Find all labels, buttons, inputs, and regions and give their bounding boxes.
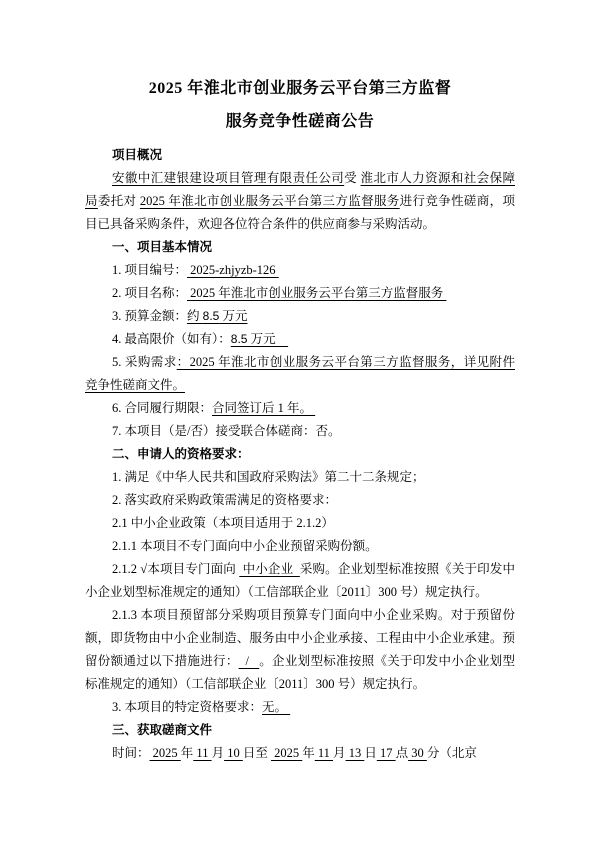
text-segment: 委托对 [98, 194, 140, 208]
underlined-text-segment: 13 [346, 746, 365, 760]
underlined-text-segment: 11 [193, 746, 211, 760]
text-segment: 2.1 中小企业政策（本项目适用于 2.1.2） [112, 516, 334, 530]
paragraph: 5. 采购需求：2025 年淮北市创业服务云平台第三方监督服务，详见附件竞争性磋… [85, 351, 515, 397]
text-segment: 4. 最高限价（如有）： [112, 332, 231, 346]
paragraph: 2.1 中小企业政策（本项目适用于 2.1.2） [85, 512, 515, 535]
underlined-text-segment: 30 [408, 746, 427, 760]
underlined-text-segment: 2025 [150, 746, 181, 760]
text-segment: 二、申请人的资格要求： [112, 447, 250, 461]
paragraph: 3. 预算金额：约 8.5 万元 [85, 305, 515, 328]
text-segment: 年 [302, 746, 315, 760]
document-page: 2025 年淮北市创业服务云平台第三方监督 服务竞争性磋商公告 项目概况安徽中汇… [0, 0, 600, 848]
underlined-text-segment: 万元 [247, 332, 288, 346]
document-title-line2: 服务竞争性磋商公告 [85, 105, 515, 138]
text-segment: 2. 项目名称： [112, 286, 187, 300]
text-segment: 月 [212, 746, 225, 760]
underlined-text-segment: / [239, 654, 260, 668]
paragraph: 6. 合同履行期限：合同签订后 1 年。 [85, 397, 515, 420]
underlined-text-segment: 17 [377, 746, 396, 760]
underlined-text-segment: 2025 年淮北市创业服务云平台第三方监督服务 [140, 194, 400, 208]
underlined-text-segment: 万元 [219, 309, 247, 323]
paragraph: 3. 本项目的特定资格要求：无。 [85, 696, 515, 719]
paragraph: 2.1.3 本项目预留部分采购项目预算专门面向中小企业采购。对于预留份额，即货物… [85, 604, 515, 696]
text-segment: 点 [396, 746, 409, 760]
paragraph: 2.1.1 本项目不专门面向中小企业预留采购份额。 [85, 535, 515, 558]
paragraph: 1. 满足《中华人民共和国政府采购法》第二十二条规定； [85, 466, 515, 489]
section-heading: 项目概况 [85, 144, 515, 167]
underlined-text-segment: 合同签订后 1 年。 [212, 401, 315, 415]
paragraph: 安徽中汇建银建设项目管理有限责任公司受 淮北市人力资源和社会保障局委托对 202… [85, 167, 515, 236]
text-segment: 5. 采购需求 [112, 355, 177, 369]
text-segment: 7. 本项目（是/否）接受联合体磋商：否。 [112, 424, 340, 438]
text-segment: 3. 预算金额： [112, 309, 187, 323]
document-body: 项目概况安徽中汇建银建设项目管理有限责任公司受 淮北市人力资源和社会保障局委托对… [85, 144, 515, 765]
underlined-text-segment: 2025-zhjyzb-126 [187, 263, 279, 277]
paragraph: 4. 最高限价（如有）：8.5 万元 [85, 328, 515, 351]
text-segment: 月 [333, 746, 346, 760]
text-segment: 一、项目基本情况 [112, 240, 212, 254]
underlined-text-segment: 约 [187, 309, 203, 323]
paragraph: 7. 本项目（是/否）接受联合体磋商：否。 [85, 420, 515, 443]
text-segment: 6. 合同履行期限： [112, 401, 212, 415]
text-segment: 分（北京 [427, 746, 477, 760]
underlined-text-segment: 2025 年淮北市创业服务云平台第三方监督服务 [187, 286, 446, 300]
text-segment: 年 [181, 746, 194, 760]
paragraph: 1. 项目编号： 2025-zhjyzb-126 [85, 259, 515, 282]
text-segment: 日 [364, 746, 377, 760]
underlined-text-segment: 中小企业 [239, 562, 300, 576]
text-segment: 受 [344, 171, 360, 185]
text-segment: 1. 满足《中华人民共和国政府采购法》第二十二条规定； [112, 470, 425, 484]
underlined-text-segment: 8.5 [231, 332, 248, 346]
paragraph: 2.1.2 √本项目专门面向 中小企业 采购。企业划型标准按照《关于印发中小企业… [85, 558, 515, 604]
underlined-text-segment: 8.5 [203, 309, 220, 323]
paragraph: 2. 项目名称： 2025 年淮北市创业服务云平台第三方监督服务 [85, 282, 515, 305]
text-segment: 时间： [112, 746, 150, 760]
text-segment: 2. 落实政府采购政策需满足的资格要求： [112, 493, 337, 507]
underlined-text-segment: 无。 [262, 700, 290, 714]
document-title: 2025 年淮北市创业服务云平台第三方监督 服务竞争性磋商公告 [85, 72, 515, 138]
document-title-line1: 2025 年淮北市创业服务云平台第三方监督 [85, 72, 515, 105]
underlined-text-segment: 10 [224, 746, 243, 760]
underlined-text-segment: 安徽中汇建银建设项目管理有限责任公司 [112, 171, 344, 185]
text-segment: 3. 本项目的特定资格要求： [112, 700, 262, 714]
underlined-text-segment: 11 [315, 746, 333, 760]
text-segment: 1. 项目编号： [112, 263, 187, 277]
text-segment: 日至 [243, 746, 271, 760]
text-segment: 三、获取磋商文件 [112, 723, 212, 737]
text-segment: 2.1.1 本项目不专门面向中小企业预留采购份额。 [112, 539, 378, 553]
underlined-text-segment: 2025 [271, 746, 302, 760]
paragraph: 时间： 2025 年 11 月 10 日至 2025 年 11 月 13 日 1… [85, 742, 515, 765]
paragraph: 2. 落实政府采购政策需满足的资格要求： [85, 489, 515, 512]
text-segment: 2.1.2 √本项目专门面向 [112, 562, 239, 576]
section-heading: 三、获取磋商文件 [85, 719, 515, 742]
section-heading: 一、项目基本情况 [85, 236, 515, 259]
text-segment: 项目概况 [112, 148, 162, 162]
section-heading: 二、申请人的资格要求： [85, 443, 515, 466]
